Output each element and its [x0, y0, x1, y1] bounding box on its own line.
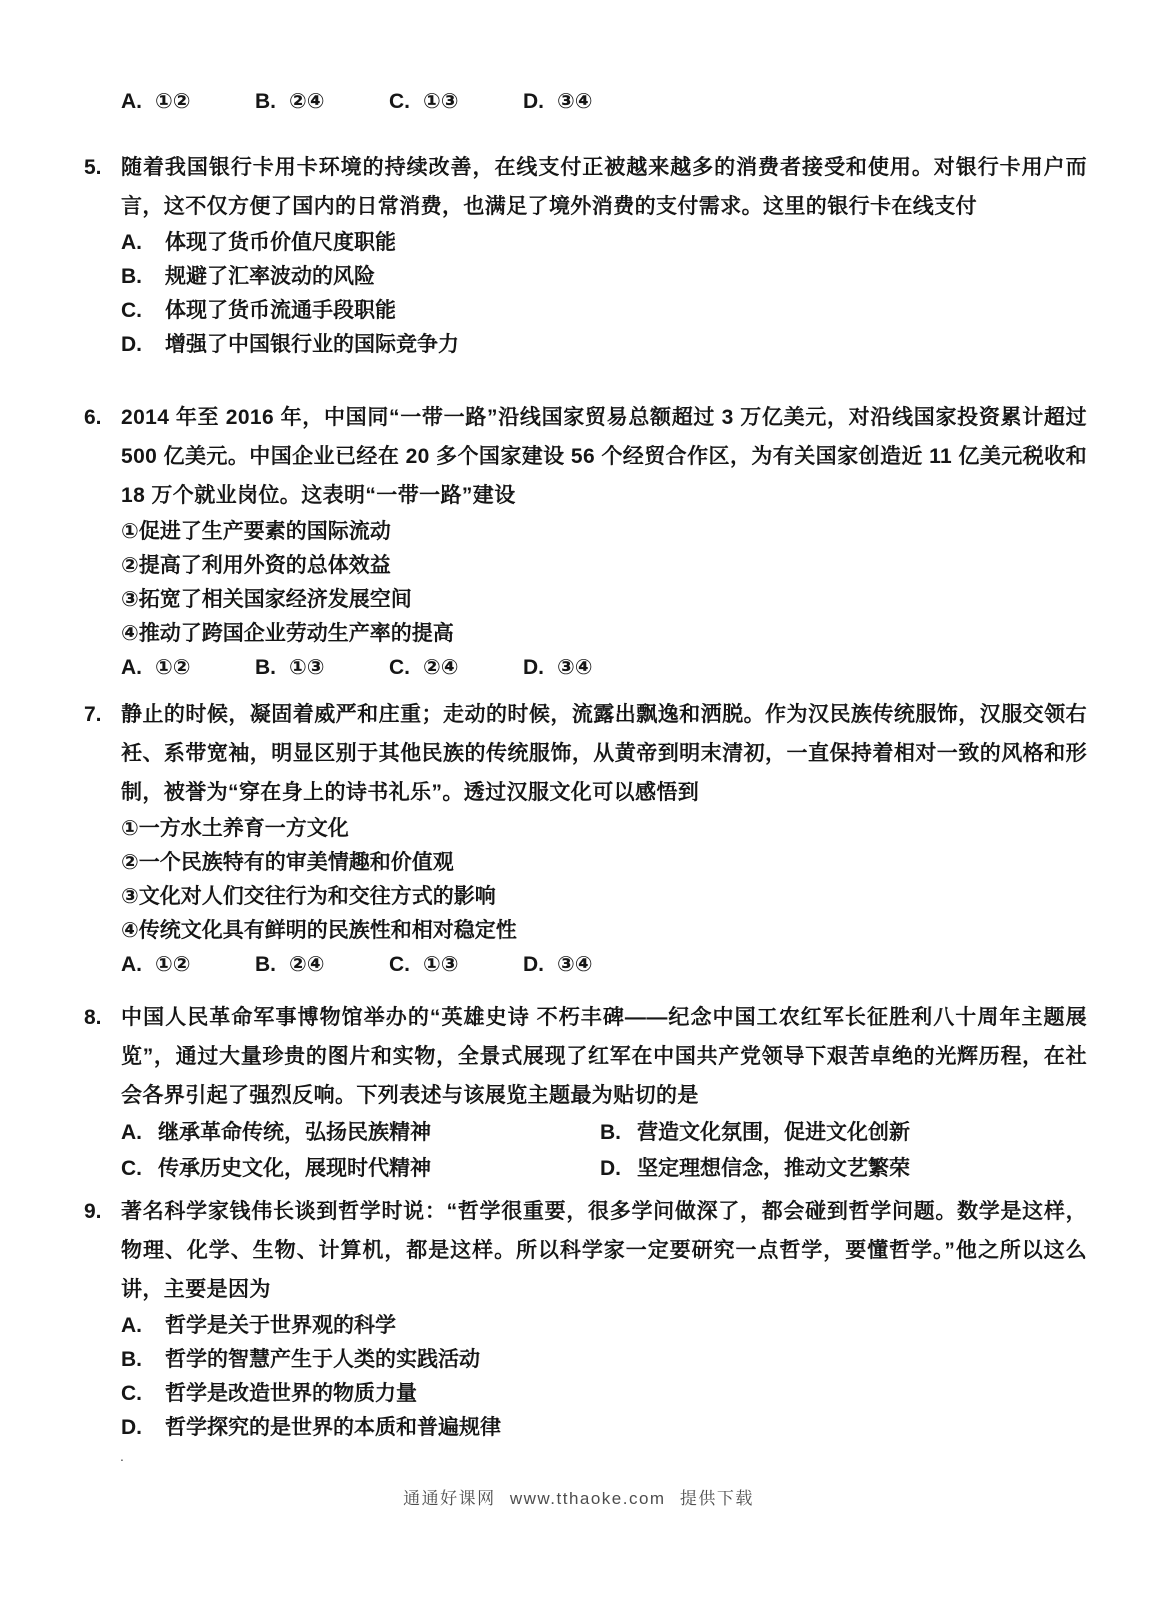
question-7-stem-row: 7. 静止的时候，凝固着威严和庄重；走动的时候，流露出飘逸和洒脱。作为汉民族传统… — [84, 695, 1087, 812]
statement-1: ①一方水土养育一方文化 — [121, 812, 1087, 846]
question-8-stem-row: 8. 中国人民革命军事博物馆举办的“英雄史诗 不朽丰碑——纪念中国工农红军长征胜… — [84, 998, 1087, 1115]
choice-a: A. 继承革命传统，弘扬民族精神 — [121, 1115, 600, 1151]
choice-text: ②④ — [289, 85, 325, 119]
question-5-stem-row: 5. 随着我国银行卡用卡环境的持续改善，在线支付正被越来越多的消费者接受和使用。… — [84, 148, 1087, 226]
question-number: 6. — [84, 398, 121, 515]
choice-text: 坚定理想信念，推动文艺繁荣 — [637, 1151, 910, 1187]
choice-text: ①③ — [423, 85, 459, 119]
choice-d: D. ③④ — [523, 85, 593, 119]
scan-artifact-dot: . — [120, 1448, 124, 1464]
footer-watermark: 通通好课网 www.tthaoke.com 提供下载 — [0, 1484, 1157, 1509]
choice-text: 继承革命传统，弘扬民族精神 — [158, 1115, 431, 1151]
choice-label: B. — [600, 1115, 621, 1151]
question-4-choices-row: A. ①② B. ②④ C. ①③ D. ③④ — [84, 85, 1087, 119]
choice-a: A. ①② — [121, 85, 255, 119]
choice-label: A. — [121, 226, 165, 260]
choice-text: ③④ — [557, 948, 593, 982]
statement-2: ②提高了利用外资的总体效益 — [121, 549, 1087, 583]
choice-a: A. 体现了货币价值尺度职能 — [121, 226, 1087, 260]
statement-3: ③拓宽了相关国家经济发展空间 — [121, 583, 1087, 617]
statement-2: ②一个民族特有的审美情趣和价值观 — [121, 846, 1087, 880]
choice-label: A. — [121, 948, 142, 982]
choice-c: C. ①③ — [389, 948, 523, 982]
choice-d: D. 增强了中国银行业的国际竞争力 — [121, 328, 1087, 362]
choice-label: A. — [121, 85, 142, 119]
choice-text: ②④ — [423, 651, 459, 685]
choice-label: D. — [121, 1411, 165, 1445]
question-number: 8. — [84, 998, 121, 1115]
question-stem: 静止的时候，凝固着威严和庄重；走动的时候，流露出飘逸和洒脱。作为汉民族传统服饰，… — [121, 695, 1087, 812]
choice-c: C. 体现了货币流通手段职能 — [121, 294, 1087, 328]
choice-text: 哲学的智慧产生于人类的实践活动 — [165, 1343, 480, 1377]
statement-4: ④推动了跨国企业劳动生产率的提高 — [121, 617, 1087, 651]
choice-label: C. — [121, 1151, 142, 1187]
choice-text: ③④ — [557, 85, 593, 119]
question-stem: 中国人民革命军事博物馆举办的“英雄史诗 不朽丰碑——纪念中国工农红军长征胜利八十… — [121, 998, 1087, 1115]
question-6-statements: ①促进了生产要素的国际流动 ②提高了利用外资的总体效益 ③拓宽了相关国家经济发展… — [84, 515, 1087, 651]
choice-label: D. — [523, 948, 544, 982]
choice-c: C. 哲学是改造世界的物质力量 — [121, 1377, 1087, 1411]
question-7-choices-row: A. ①② B. ②④ C. ①③ D. ③④ — [84, 948, 1087, 982]
choice-label: B. — [121, 1343, 165, 1377]
choice-label: D. — [523, 651, 544, 685]
choice-label: C. — [389, 85, 410, 119]
choice-text: ①② — [155, 85, 191, 119]
question-number: 5. — [84, 148, 121, 226]
choice-label: B. — [255, 651, 276, 685]
choice-d: D. ③④ — [523, 651, 593, 685]
choice-label: C. — [389, 651, 410, 685]
choice-label: A. — [121, 1309, 165, 1343]
question-7: 7. 静止的时候，凝固着威严和庄重；走动的时候，流露出飘逸和洒脱。作为汉民族传统… — [84, 695, 1087, 982]
question-stem: 2014 年至 2016 年，中国同“一带一路”沿线国家贸易总额超过 3 万亿美… — [121, 398, 1087, 515]
question-9-choices: A. 哲学是关于世界观的科学 B. 哲学的智慧产生于人类的实践活动 C. 哲学是… — [84, 1309, 1087, 1445]
question-number: 9. — [84, 1192, 121, 1309]
question-5: 5. 随着我国银行卡用卡环境的持续改善，在线支付正被越来越多的消费者接受和使用。… — [84, 148, 1087, 362]
choice-label: A. — [121, 1115, 142, 1151]
question-7-statements: ①一方水土养育一方文化 ②一个民族特有的审美情趣和价值观 ③文化对人们交往行为和… — [84, 812, 1087, 948]
question-5-choices: A. 体现了货币价值尺度职能 B. 规避了汇率波动的风险 C. 体现了货币流通手… — [84, 226, 1087, 362]
choice-label: B. — [255, 948, 276, 982]
choice-text: 哲学是改造世界的物质力量 — [165, 1377, 417, 1411]
question-6-choices-row: A. ①② B. ①③ C. ②④ D. ③④ — [84, 651, 1087, 685]
choice-d: D. ③④ — [523, 948, 593, 982]
choice-text: ①③ — [289, 651, 325, 685]
choice-label: C. — [121, 1377, 165, 1411]
choice-a: A. 哲学是关于世界观的科学 — [121, 1309, 1087, 1343]
choice-label: D. — [523, 85, 544, 119]
statement-3: ③文化对人们交往行为和交往方式的影响 — [121, 880, 1087, 914]
choice-text: ①③ — [423, 948, 459, 982]
choice-a: A. ①② — [121, 948, 255, 982]
choice-d: D. 坚定理想信念，推动文艺繁荣 — [600, 1151, 910, 1187]
choice-text: 增强了中国银行业的国际竞争力 — [165, 328, 459, 362]
question-9: 9. 著名科学家钱伟长谈到哲学时说：“哲学很重要，很多学问做深了，都会碰到哲学问… — [84, 1192, 1087, 1445]
question-stem: 著名科学家钱伟长谈到哲学时说：“哲学很重要，很多学问做深了，都会碰到哲学问题。数… — [121, 1192, 1087, 1309]
choice-b: B. 哲学的智慧产生于人类的实践活动 — [121, 1343, 1087, 1377]
choice-b: B. 规避了汇率波动的风险 — [121, 260, 1087, 294]
choice-text: 哲学探究的是世界的本质和普遍规律 — [165, 1411, 501, 1445]
question-8: 8. 中国人民革命军事博物馆举办的“英雄史诗 不朽丰碑——纪念中国工农红军长征胜… — [84, 998, 1087, 1187]
choice-label: B. — [121, 260, 165, 294]
choice-label: B. — [255, 85, 276, 119]
choice-c: C. 传承历史文化，展现时代精神 — [121, 1151, 600, 1187]
choice-b: B. ②④ — [255, 948, 389, 982]
choice-c: C. ②④ — [389, 651, 523, 685]
exam-paper-page: A. ①② B. ②④ C. ①③ D. ③④ 5. 随着我国银行卡用卡环境的持… — [0, 0, 1157, 1613]
choice-label: C. — [389, 948, 410, 982]
question-8-choices-row-1: A. 继承革命传统，弘扬民族精神 B. 营造文化氛围，促进文化创新 — [84, 1115, 1087, 1151]
choice-label: A. — [121, 651, 142, 685]
statement-4: ④传统文化具有鲜明的民族性和相对稳定性 — [121, 914, 1087, 948]
choice-text: ①② — [155, 948, 191, 982]
question-stem: 随着我国银行卡用卡环境的持续改善，在线支付正被越来越多的消费者接受和使用。对银行… — [121, 148, 1087, 226]
choice-text: 营造文化氛围，促进文化创新 — [637, 1115, 910, 1151]
choice-text: 体现了货币价值尺度职能 — [165, 226, 396, 260]
choice-label: C. — [121, 294, 165, 328]
choice-b: B. 营造文化氛围，促进文化创新 — [600, 1115, 910, 1151]
question-8-choices-row-2: C. 传承历史文化，展现时代精神 D. 坚定理想信念，推动文艺繁荣 — [84, 1151, 1087, 1187]
choice-c: C. ①③ — [389, 85, 523, 119]
question-6-stem-row: 6. 2014 年至 2016 年，中国同“一带一路”沿线国家贸易总额超过 3 … — [84, 398, 1087, 515]
choice-b: B. ①③ — [255, 651, 389, 685]
choice-a: A. ①② — [121, 651, 255, 685]
choice-d: D. 哲学探究的是世界的本质和普遍规律 — [121, 1411, 1087, 1445]
choice-text: 体现了货币流通手段职能 — [165, 294, 396, 328]
question-6: 6. 2014 年至 2016 年，中国同“一带一路”沿线国家贸易总额超过 3 … — [84, 398, 1087, 685]
statement-1: ①促进了生产要素的国际流动 — [121, 515, 1087, 549]
choice-label: D. — [600, 1151, 621, 1187]
choice-text: ③④ — [557, 651, 593, 685]
choice-text: ①② — [155, 651, 191, 685]
choice-text: 规避了汇率波动的风险 — [165, 260, 375, 294]
choice-text: ②④ — [289, 948, 325, 982]
choice-label: D. — [121, 328, 165, 362]
question-9-stem-row: 9. 著名科学家钱伟长谈到哲学时说：“哲学很重要，很多学问做深了，都会碰到哲学问… — [84, 1192, 1087, 1309]
choice-text: 传承历史文化，展现时代精神 — [158, 1151, 431, 1187]
question-number: 7. — [84, 695, 121, 812]
choice-b: B. ②④ — [255, 85, 389, 119]
choice-text: 哲学是关于世界观的科学 — [165, 1309, 396, 1343]
